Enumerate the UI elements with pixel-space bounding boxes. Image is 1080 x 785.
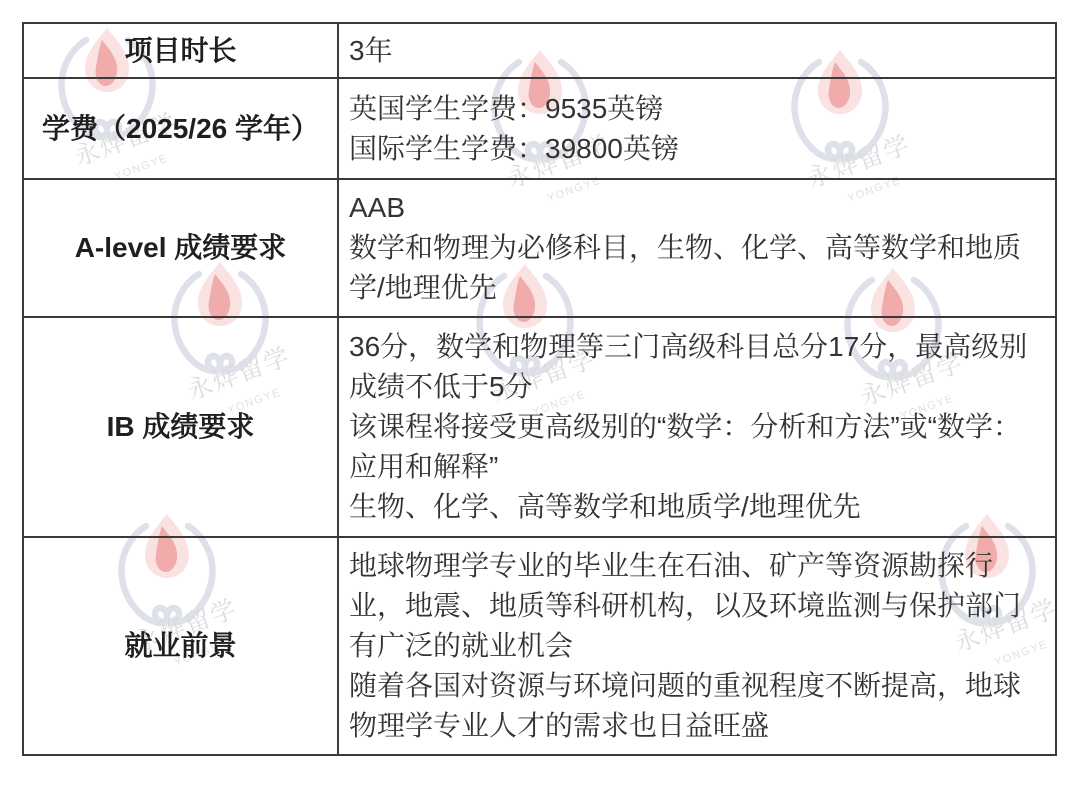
- row-value-line: 36分，数学和物理等三门高级科目总分17分，最高级别成绩不低于5分: [349, 327, 1045, 407]
- table-row: IB 成绩要求36分，数学和物理等三门高级科目总分17分，最高级别成绩不低于5分…: [23, 317, 1056, 537]
- row-label: A-level 成绩要求: [23, 179, 338, 317]
- row-label: 就业前景: [23, 537, 338, 755]
- row-value-line: 英国学生学费：9535英镑: [349, 89, 1045, 129]
- row-value: 36分，数学和物理等三门高级科目总分17分，最高级别成绩不低于5分该课程将接受更…: [338, 317, 1056, 537]
- row-value-line: 3年: [349, 31, 1045, 71]
- table-row: 项目时长3年: [23, 23, 1056, 78]
- page: 永烨留学 YONGYE: [0, 0, 1080, 785]
- row-value: 地球物理学专业的毕业生在石油、矿产等资源勘探行业，地震、地质等科研机构，以及环境…: [338, 537, 1056, 755]
- row-value: 英国学生学费：9535英镑国际学生学费：39800英镑: [338, 78, 1056, 179]
- row-value-line: AAB: [349, 188, 1045, 228]
- row-value-line: 随着各国对资源与环境问题的重视程度不断提高，地球物理学专业人才的需求也日益旺盛: [349, 666, 1045, 746]
- row-value-line: 生物、化学、高等数学和地质学/地理优先: [349, 487, 1045, 527]
- row-value-line: 该课程将接受更高级别的“数学：分析和方法”或“数学：应用和解释”: [349, 407, 1045, 487]
- row-value: AAB数学和物理为必修科目，生物、化学、高等数学和地质学/地理优先: [338, 179, 1056, 317]
- table-row: 学费（2025/26 学年）英国学生学费：9535英镑国际学生学费：39800英…: [23, 78, 1056, 179]
- row-label: 学费（2025/26 学年）: [23, 78, 338, 179]
- row-value-line: 地球物理学专业的毕业生在石油、矿产等资源勘探行业，地震、地质等科研机构，以及环境…: [349, 546, 1045, 666]
- row-label: 项目时长: [23, 23, 338, 78]
- table-row: A-level 成绩要求AAB数学和物理为必修科目，生物、化学、高等数学和地质学…: [23, 179, 1056, 317]
- row-value: 3年: [338, 23, 1056, 78]
- table-row: 就业前景地球物理学专业的毕业生在石油、矿产等资源勘探行业，地震、地质等科研机构，…: [23, 537, 1056, 755]
- row-label: IB 成绩要求: [23, 317, 338, 537]
- program-info-table: 项目时长3年学费（2025/26 学年）英国学生学费：9535英镑国际学生学费：…: [22, 22, 1057, 756]
- row-value-line: 国际学生学费：39800英镑: [349, 129, 1045, 169]
- row-value-line: 数学和物理为必修科目，生物、化学、高等数学和地质学/地理优先: [349, 228, 1045, 308]
